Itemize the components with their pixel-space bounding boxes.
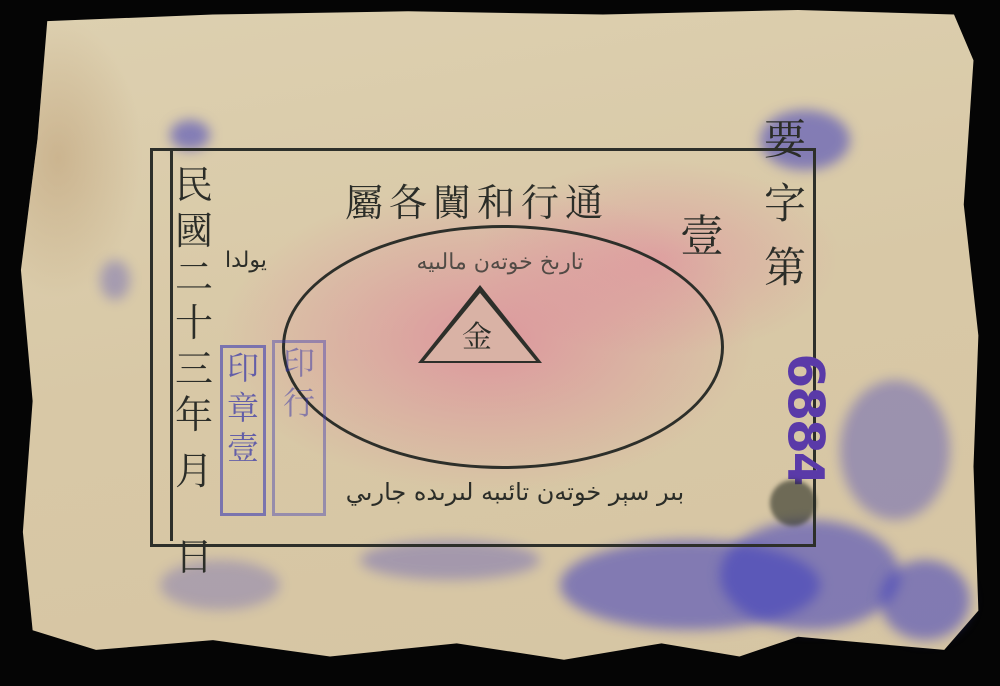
date-column: 民 國 二 十 三 年 月 日 bbox=[172, 162, 216, 580]
date-char: 三 bbox=[172, 346, 216, 392]
date-char: 日 bbox=[172, 534, 216, 580]
blue-seal-stamp: 印行 bbox=[272, 340, 326, 516]
top-left-script: ﻳﻮﻟﺪﺍ bbox=[225, 248, 267, 273]
date-char: 年 bbox=[172, 392, 216, 438]
denomination: 壹 bbox=[680, 200, 724, 264]
top-title: 通行和闐各屬 bbox=[345, 172, 609, 227]
oval-inscription: ﺗﺎﺭﯨﺦ ﺧﻮﺗﻪﻥ ﻣﺎﻟﯩﻴﻪ bbox=[330, 250, 670, 275]
date-char: 十 bbox=[172, 300, 216, 346]
serial-char: 第 bbox=[760, 236, 810, 300]
bottom-script-line: ﺑﯩﺮ ﺳﯧﺮ ﺧﻮﺗﻪﻥ ﺗﺎﺋﯩﺒﻪ ﻟﯩﺮﯨﺪﻩ ﺟﺎﺭﯨﻲ bbox=[295, 478, 735, 506]
date-char: 國 bbox=[172, 208, 216, 254]
date-char: 月 bbox=[172, 448, 216, 494]
date-char: 二 bbox=[172, 254, 216, 300]
handwritten-serial-number: 6884 bbox=[777, 353, 835, 484]
serial-column: 要 字 第 bbox=[760, 108, 810, 300]
serial-char: 字 bbox=[760, 172, 810, 236]
serial-char: 要 bbox=[760, 108, 810, 172]
ink-blot bbox=[770, 480, 816, 526]
date-char: 民 bbox=[172, 162, 216, 208]
emblem-character: 金 bbox=[462, 312, 492, 356]
blue-seal-stamp: 印章壹 bbox=[220, 345, 266, 516]
